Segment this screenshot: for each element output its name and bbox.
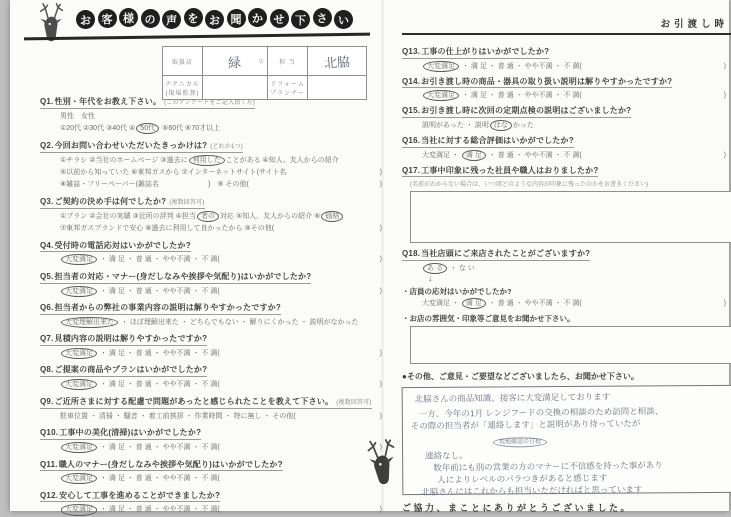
- handwritten-line: 北脇さんにはこれからも担当いただければと思っています: [421, 482, 727, 498]
- question-text: 今回お問い合わせいただいたきっかけは?: [55, 141, 208, 150]
- circled-answer: 大変満足: [61, 348, 97, 359]
- option-segment: ・ 普 通 ・ やや不満 ・ 不 満(: [487, 152, 582, 159]
- question-text: 見積内容の説明は解りやすかったですか?: [55, 334, 208, 343]
- question-number: Q2.: [40, 141, 54, 150]
- option-line: ①プラン ②会社の実績 ③近所の評判 ④担当者の対応 ⑤知人、友人からの紹介 ⑥…: [60, 212, 390, 221]
- option-segment: ⑤60代 ⑥70才以上: [160, 125, 220, 132]
- circled-answer: 大変満足: [61, 473, 97, 484]
- staff-value-handwritten: 北脇: [323, 51, 350, 72]
- option-text: 駐車位置 ・ 清掃 ・ 騒音 ・ 着工前挨拶 ・ 作業時間 ・ 特に無し ・ そ…: [60, 412, 296, 421]
- question-title: Q14.お引き渡し時の商品・器具の取り扱い説明は解りやすかったですか?: [402, 77, 672, 89]
- option-text: あ る ・ な い: [422, 264, 475, 273]
- handover-label: お引渡し時: [660, 19, 728, 30]
- technical-label: テクニカル (現場監督): [163, 76, 203, 100]
- question-note: (このアンケートをご記入頂く方): [164, 100, 255, 106]
- option-segment: ⑧雑誌・フリーペーパー(雑誌名 ) ⑨ その他(: [60, 181, 249, 188]
- survey-sheet: お客様の声をお聞かせ下さい 取扱店 緑 店 担 当 北脇 テクニカル (現場監督…: [10, 0, 729, 511]
- option-segment: ・ 満 足 ・ 普 通 ・ やや不満 ・ 不 満(: [460, 92, 582, 99]
- option-text: 大変満足 ・ 満 足 ・ 普 通 ・ やや不満 ・ 不 満(: [60, 443, 220, 452]
- question-note: (複数回答可): [169, 200, 204, 206]
- question-title: Q1.性別・年代をお教え下さい。(このアンケートをご記入頂く方): [40, 97, 255, 109]
- question-title: ・店員の応対はいかがでしたか?: [402, 287, 512, 296]
- option-line: 大変満足 ・ 満 足 ・ 普 通 ・ やや不満 ・ 不 満(): [60, 474, 390, 483]
- option-segment: 大変満足 ・: [422, 300, 461, 307]
- option-line: ⑦東邦ガスブランドで安心 ⑧過去に利用して良かったから ⑨その他(): [60, 224, 390, 233]
- question-Q12: Q12.安心して工事を進めることができましたか?大変満足 ・ 満 足 ・ 普 通…: [40, 491, 390, 515]
- question-Q3: Q3.ご契約の決め手は何でしたか?(複数回答可)①プラン ②会社の実績 ③近所の…: [40, 197, 390, 233]
- option-segment: ・ 満 足 ・ 普 通 ・ やや不満 ・ 不 満(: [98, 444, 220, 451]
- option-text: 大変満足 ・ 満 足 ・ 普 通 ・ やや不満 ・ 不 満(: [60, 287, 220, 296]
- technical-label-line2: (現場監督): [164, 88, 201, 97]
- option-text: ⑧雑誌・フリーペーパー(雑誌名 ) ⑨ その他(: [60, 180, 249, 189]
- option-text: ①20代 ②30代 ③40代 ④50代 ⑤60代 ⑥70才以上: [60, 124, 220, 133]
- answer-box: [410, 326, 731, 364]
- option-segment: ・ ほぼ理解出来た ・ どちらでもない ・ 解りにくかった ・ 説明がなかった: [119, 319, 359, 326]
- header-banner: お客様の声をお聞かせ下さい: [76, 9, 353, 28]
- option-text: 大変満足 ・ 満 足 ・ 普 通 ・ やや不満 ・ 不 満(: [422, 299, 582, 308]
- other-comments-label: ●その他、ご意見・ご要望などございましたら、お聞かせ下さい。: [402, 371, 731, 382]
- header-title-char: お: [205, 10, 224, 29]
- option-text: 大変満足 ・ 満 足 ・ 普 通 ・ やや不満 ・ 不 満(: [60, 474, 220, 483]
- question-title: Q17.工事中印象に残った社員や職人はおりましたか?: [402, 166, 598, 178]
- question-number: Q7.: [40, 334, 54, 343]
- header-title-char: 声: [162, 10, 181, 29]
- question-title: Q6.担当者からの弊社の事業内容の説明は解りやすかったですか?: [40, 303, 281, 315]
- option-segment: ・ 満 足 ・ 普 通 ・ やや不満 ・ 不 満(: [98, 475, 220, 482]
- option-line: ①チラシ ②当社のホームページ ③過去に利用したことがある ④知人、友人からの紹…: [60, 156, 390, 165]
- question-number: Q3.: [40, 197, 54, 206]
- question-text: 担当者からの弊社の事業内容の説明は解りやすかったですか?: [55, 303, 281, 312]
- option-text: 大変満足 ・ 満 足 ・ 普 通 ・ やや不満 ・ 不 満(: [60, 380, 220, 389]
- arrow-down-icon: ↓: [428, 274, 731, 283]
- question-text: ・店員の応対はいかがでしたか?: [402, 287, 512, 296]
- header-title-char: 聞: [227, 9, 246, 28]
- option-text: 大変理解出来た ・ ほぼ理解出来た ・ どちらでもない ・ 解りにくかった ・ …: [60, 318, 359, 327]
- question-Q17: Q17.工事中印象に残った社員や職人はおりましたか?(名前がわからない場合は、い…: [402, 166, 731, 244]
- option-line: 大変満足 ・ 満 足 ・ 普 通 ・ やや不満 ・ 不 満(): [60, 349, 390, 358]
- question-text: 安心して工事を進めることができましたか?: [59, 491, 220, 500]
- question-number: Q14.: [402, 77, 420, 86]
- question-text: ご契約の決め手は何でしたか?: [55, 197, 167, 206]
- staff-label: 担 当: [268, 47, 308, 76]
- question-Q2: Q2.今回お問い合わせいただいたきっかけは?(どれか1つ)①チラシ ②当社のホー…: [40, 141, 390, 189]
- option-line: 大変満足 ・ 満 足 ・ 普 通 ・ やや不満 ・ 不 満(): [60, 287, 390, 296]
- option-segment: ・ 満 足 ・ 普 通 ・ やや不満 ・ 不 満(: [460, 63, 582, 70]
- footer-thanks: ご協力、まことにありがとうございました。: [402, 501, 731, 514]
- circled-answer: 大変満足: [61, 286, 97, 297]
- question-number: Q11.: [40, 460, 58, 469]
- question-Q18: Q18.当社店頭にご来店されたことがございますか?あ る ・ な い↓・店員の応…: [402, 249, 731, 364]
- option-segment: ・ 普 通 ・ やや不満 ・ 不 満(: [487, 300, 582, 307]
- store-label: 取扱店: [163, 47, 203, 76]
- option-line: 駐車位置 ・ 清掃 ・ 騒音 ・ 着工前挨拶 ・ 作業時間 ・ 特に無し ・ そ…: [60, 412, 390, 421]
- option-segment: 対応 ⑤知人、友人からの紹介 ⑥: [220, 213, 320, 220]
- header-title-char: さ: [313, 8, 332, 27]
- option-text: 大変満足 ・ 満 足 ・ 普 通 ・ やや不満 ・ 不 満(: [422, 151, 582, 160]
- option-text: ①チラシ ②当社のホームページ ③過去に利用したことがある ④知人、友人からの紹…: [60, 156, 339, 165]
- option-segment: ・ 満 足 ・ 普 通 ・ やや不満 ・ 不 満(: [98, 506, 220, 513]
- staff-value-cell: 北脇: [308, 47, 367, 76]
- question-Q7: Q7.見積内容の説明は解りやすかったですか?大変満足 ・ 満 足 ・ 普 通 ・…: [40, 334, 390, 358]
- option-line: あ る ・ な い: [422, 264, 731, 273]
- close-paren: ): [724, 151, 731, 160]
- circled-answer: 大変満足: [61, 254, 97, 265]
- answer-box: [410, 191, 731, 243]
- question-text: お引き渡し時の商品・器具の取り扱い説明は解りやすかったですか?: [421, 77, 672, 86]
- question-title: ・お店の雰囲気・印象等ご意見をお聞かせ下さい。: [402, 314, 575, 323]
- question-note: (どれか1つ): [210, 144, 243, 150]
- option-text: 大変満足 ・ 満 足 ・ 普 通 ・ やや不満 ・ 不 満(: [422, 62, 582, 71]
- question-title: Q11.職人のマナー(身だしなみや挨拶や気配り)はいかがでしたか?: [40, 460, 283, 472]
- question-number: Q12.: [40, 491, 58, 500]
- option-line: 大変満足 ・ 満 足 ・ 普 通 ・ やや不満 ・ 不 満(): [422, 62, 731, 71]
- question-text: ・お店の雰囲気・印象等ご意見をお聞かせ下さい。: [402, 314, 575, 323]
- option-line: 説明があった ・ 説明はなかった: [422, 121, 731, 130]
- question-text: お引き渡し時に次回の定期点検の説明はございましたか?: [421, 106, 631, 115]
- option-segment: 男性 女性: [60, 113, 95, 120]
- header-underline: [24, 33, 370, 41]
- question-title: Q5.担当者の対応・マナー(身だしなみや挨拶や気配り)はいかがでしたか?: [40, 272, 311, 284]
- planner-label-line1: リフォーム: [269, 79, 306, 88]
- question-title: Q4.受付時の電話応対はいかがでしたか?: [40, 241, 191, 253]
- header-title-char: の: [141, 9, 160, 28]
- option-line: 大変満足 ・ 満 足 ・ 普 通 ・ やや不満 ・ 不 満(): [60, 443, 390, 452]
- question-number: Q13.: [402, 47, 420, 56]
- option-line: 大変満足 ・ 満 足 ・ 普 通 ・ やや不満 ・ 不 満(): [422, 299, 731, 308]
- option-segment: ・ 満 足 ・ 普 通 ・ やや不満 ・ 不 満(: [98, 350, 220, 357]
- option-line: ⑤以前から知っていた ⑥東邦ガスから ⑦インターネットサイト(サイト名): [60, 168, 390, 177]
- circled-answer: 大変満足: [61, 504, 97, 515]
- scanned-survey-screenshot: お客様の声をお聞かせ下さい 取扱店 緑 店 担 当 北脇 テクニカル (現場監督…: [0, 0, 731, 517]
- option-segment: ①チラシ ②当社のホームページ ③過去に: [60, 157, 188, 164]
- store-value-cell: 緑 店: [203, 47, 268, 76]
- option-segment: 大変満足 ・: [422, 152, 461, 159]
- circled-answer: 大変満足: [423, 61, 459, 72]
- question-Q16: Q16.当社に対する総合評価はいかがでしたか?大変満足 ・ 満 足 ・ 普 通 …: [402, 136, 731, 160]
- option-text: 説明があった ・ 説明はなかった: [422, 121, 534, 130]
- question-Q9: Q9.ご近所さまに対する配慮で問題があったと感じられたことを教えて下さい。(複数…: [40, 397, 390, 421]
- question-text: 工事の仕上がりはいかがでしたか?: [421, 47, 549, 56]
- technical-label-line1: テクニカル: [164, 79, 201, 88]
- option-segment: ⑤以前から知っていた ⑥東邦ガスから ⑦インターネットサイト(サイト名: [60, 169, 286, 176]
- handwritten-line: 北脇さんの商品知識、接客に大変満足しております: [415, 389, 727, 405]
- question-title: Q9.ご近所さまに対する配慮で問題があったと感じられたことを教えて下さい。(複数…: [40, 397, 372, 409]
- question-Q13: Q13.工事の仕上がりはいかがでしたか?大変満足 ・ 満 足 ・ 普 通 ・ や…: [402, 47, 731, 71]
- header-title-char: お: [76, 10, 95, 29]
- question-text: 工事中印象に残った社員や職人はおりましたか?: [421, 166, 598, 175]
- header-title-char: 様: [119, 8, 138, 27]
- question-sub: ・店員の応対はいかがでしたか?大変満足 ・ 満 足 ・ 普 通 ・ やや不満 ・…: [402, 287, 731, 308]
- store-value-handwritten: 緑: [228, 51, 242, 71]
- option-segment: ・ な い: [448, 265, 475, 272]
- circled-answer: 大変理解出来た: [61, 317, 118, 328]
- question-title: Q3.ご契約の決め手は何でしたか?(複数回答可): [40, 197, 205, 209]
- circled-answer: 価格: [321, 211, 343, 222]
- option-text: 大変満足 ・ 満 足 ・ 普 通 ・ やや不満 ・ 不 満(: [60, 255, 220, 264]
- option-segment: ・ 満 足 ・ 普 通 ・ やや不満 ・ 不 満(: [98, 381, 220, 388]
- question-title: Q15.お引き渡し時に次回の定期点検の説明はございましたか?: [402, 106, 631, 118]
- question-text: 工事中の美化(清掃)はいかがでしたか?: [59, 428, 201, 437]
- question-title: Q2.今回お問い合わせいただいたきっかけは?(どれか1つ): [40, 141, 243, 153]
- question-number: Q6.: [40, 303, 54, 312]
- option-line: 大変満足 ・ 満 足 ・ 普 通 ・ やや不満 ・ 不 満(): [60, 380, 390, 389]
- option-text: ⑦東邦ガスブランドで安心 ⑧過去に利用して良かったから ⑨その他(: [60, 224, 274, 233]
- option-text: ①プラン ②会社の実績 ③近所の評判 ④担当者の対応 ⑤知人、友人からの紹介 ⑥…: [60, 212, 344, 221]
- option-line: 大変満足 ・ 満 足 ・ 普 通 ・ やや不満 ・ 不 満(): [422, 91, 731, 100]
- question-Q14: Q14.お引き渡し時の商品・器具の取り扱い説明は解りやすかったですか?大変満足 …: [402, 77, 731, 101]
- option-segment: ・ 満 足 ・ 普 通 ・ やや不満 ・ 不 満(: [98, 288, 220, 295]
- question-text: ご提案の商品やプランはいかがでしたか?: [55, 365, 208, 374]
- option-line: ①20代 ②30代 ③40代 ④50代 ⑤60代 ⑥70才以上: [60, 124, 390, 133]
- question-title: Q7.見積内容の説明は解りやすかったですか?: [40, 334, 207, 346]
- option-segment: かった: [513, 122, 534, 129]
- question-number: Q15.: [402, 106, 420, 115]
- option-text: ⑤以前から知っていた ⑥東邦ガスから ⑦インターネットサイト(サイト名: [60, 168, 286, 177]
- header-title-char: か: [248, 8, 267, 27]
- option-segment: 駐車位置 ・ 清掃 ・ 騒音 ・ 着工前挨拶 ・ 作業時間 ・ 特に無し ・ そ…: [60, 413, 296, 420]
- question-text: 性別・年代をお教え下さい。: [55, 97, 162, 106]
- planner-label: リフォーム プランナー: [268, 76, 308, 100]
- close-paren: ): [724, 91, 731, 100]
- option-text: 男性 女性: [60, 112, 95, 121]
- handover-questions: Q13.工事の仕上がりはいかがでしたか?大変満足 ・ 満 足 ・ 普 通 ・ や…: [402, 47, 731, 364]
- close-paren: ): [724, 299, 731, 308]
- question-title: Q10.工事中の美化(清掃)はいかがでしたか?: [40, 428, 201, 440]
- circled-answer: 50代: [136, 123, 159, 134]
- question-title: Q16.当社に対する総合評価はいかがでしたか?: [402, 136, 574, 148]
- store-staff-table: 取扱店 緑 店 担 当 北脇 テクニカル (現場監督) リフォーム プラ: [162, 46, 367, 100]
- question-number: Q16.: [402, 136, 420, 145]
- option-line: ⑧雑誌・フリーペーパー(雑誌名 ) ⑨ その他(): [60, 180, 390, 189]
- question-number: Q1.: [40, 97, 54, 106]
- circled-answer: はな: [490, 120, 512, 131]
- header-title-char: い: [334, 10, 353, 29]
- option-text: 大変満足 ・ 満 足 ・ 普 通 ・ やや不満 ・ 不 満(: [422, 91, 582, 100]
- header-title-char: 下: [291, 10, 310, 29]
- question-number: Q9.: [40, 397, 54, 406]
- handwritten-annotation: 現地確認の日程: [493, 437, 547, 447]
- handwritten-comment-box: 北脇さんの商品知識、接客に大変満足しております一方、今年の1月 レンジフードの交…: [402, 385, 731, 495]
- question-Q6: Q6.担当者からの弊社の事業内容の説明は解りやすかったですか?大変理解出来た ・…: [40, 303, 390, 327]
- planner-value-cell: [308, 76, 367, 100]
- question-text: 職人のマナー(身だしなみや挨拶や気配り)はいかがでしたか?: [59, 460, 283, 469]
- option-text: 大変満足 ・ 満 足 ・ 普 通 ・ やや不満 ・ 不 満(: [60, 505, 220, 514]
- question-Q11: Q11.職人のマナー(身だしなみや挨拶や気配り)はいかがでしたか?大変満足 ・ …: [40, 460, 390, 484]
- circled-answer: 大変満足: [61, 379, 97, 390]
- question-number: Q4.: [40, 241, 54, 250]
- circled-answer: 大変満足: [423, 90, 459, 101]
- question-Q1: Q1.性別・年代をお教え下さい。(このアンケートをご記入頂く方)男性 女性①20…: [40, 97, 390, 133]
- question-sub: ・お店の雰囲気・印象等ご意見をお聞かせ下さい。: [402, 314, 731, 364]
- option-segment: ①プラン ②会社の実績 ③近所の評判 ④担当: [60, 213, 196, 220]
- option-segment: 説明があった ・ 説明: [422, 122, 489, 129]
- option-line: 大変満足 ・ 満 足 ・ 普 通 ・ やや不満 ・ 不 満(): [60, 505, 390, 514]
- header-title-char: せ: [270, 9, 289, 28]
- circled-answer: 大変満足: [61, 442, 97, 453]
- questions-column-right: お引渡し時 Q13.工事の仕上がりはいかがでしたか?大変満足 ・ 満 足 ・ 普…: [402, 14, 731, 514]
- question-number: Q5.: [40, 272, 54, 281]
- question-title: Q13.工事の仕上がりはいかがでしたか?: [402, 47, 549, 59]
- option-segment: ①20代 ②30代 ③40代 ④: [60, 125, 135, 132]
- option-segment: ⑦東邦ガスブランドで安心 ⑧過去に利用して良かったから ⑨その他(: [60, 225, 274, 232]
- page-fold: [381, 0, 384, 511]
- header-title-char: 客: [98, 9, 117, 28]
- question-Q15: Q15.お引き渡し時に次回の定期点検の説明はございましたか?説明があった ・ 説…: [402, 106, 731, 130]
- question-text: 当社店頭にご来店されたことがございますか?: [421, 249, 590, 258]
- question-Q10: Q10.工事中の美化(清掃)はいかがでしたか?大変満足 ・ 満 足 ・ 普 通 …: [40, 428, 390, 452]
- option-text: 大変満足 ・ 満 足 ・ 普 通 ・ やや不満 ・ 不 満(: [60, 349, 220, 358]
- question-number: Q17.: [402, 166, 420, 175]
- handover-section-header: お引渡し時: [402, 14, 731, 35]
- question-title: Q8.ご提案の商品やプランはいかがでしたか?: [40, 365, 207, 377]
- question-Q4: Q4.受付時の電話応対はいかがでしたか?大変満足 ・ 満 足 ・ 普 通 ・ や…: [40, 241, 390, 265]
- question-Q8: Q8.ご提案の商品やプランはいかがでしたか?大変満足 ・ 満 足 ・ 普 通 ・…: [40, 365, 390, 389]
- close-paren: ): [724, 62, 731, 71]
- question-number: Q10.: [40, 428, 58, 437]
- circled-answer: あ る: [423, 263, 447, 274]
- header-title-char: を: [184, 8, 203, 27]
- question-note: (複数回答可): [336, 400, 371, 406]
- question-title: Q12.安心して工事を進めることができましたか?: [40, 491, 220, 503]
- question-number: Q8.: [40, 365, 54, 374]
- question-text: 受付時の電話応対はいかがでしたか?: [55, 241, 191, 250]
- question-text: 担当者の対応・マナー(身だしなみや挨拶や気配り)はいかがでしたか?: [55, 272, 312, 281]
- question-title: Q18.当社店頭にご来店されたことがございますか?: [402, 249, 590, 261]
- option-line: 大変満足 ・ 満 足 ・ 普 通 ・ やや不満 ・ 不 満(): [422, 151, 731, 160]
- question-text: 当社に対する総合評価はいかがでしたか?: [421, 136, 574, 145]
- question-text: ご近所さまに対する配慮で問題があったと感じられたことを教えて下さい。: [55, 397, 334, 406]
- circled-answer: 者の: [197, 211, 219, 222]
- planner-label-line2: プランナー: [269, 88, 306, 97]
- option-line: 大変理解出来た ・ ほぼ理解出来た ・ どちらでもない ・ 解りにくかった ・ …: [60, 318, 390, 327]
- questions-column-left: Q1.性別・年代をお教え下さい。(このアンケートをご記入頂く方)男性 女性①20…: [40, 97, 390, 517]
- question-number: Q18.: [402, 249, 420, 258]
- question-hint: (名前がわからない場合は、いつ頃どのような内容が印象に残ったのかをお書きください…: [410, 179, 731, 188]
- option-segment: ことがある ④知人、友人からの紹介: [226, 157, 339, 164]
- circled-answer: 利用した: [189, 155, 225, 166]
- question-Q5: Q5.担当者の対応・マナー(身だしなみや挨拶や気配り)はいかがでしたか?大変満足…: [40, 272, 390, 296]
- option-line: 男性 女性: [60, 112, 390, 121]
- store-suffix: 店: [258, 57, 264, 65]
- option-segment: ・ 満 足 ・ 普 通 ・ やや不満 ・ 不 満(: [98, 256, 220, 263]
- circled-answer: 満 足: [462, 150, 486, 161]
- technical-value-cell: [203, 76, 268, 100]
- option-line: 大変満足 ・ 満 足 ・ 普 通 ・ やや不満 ・ 不 満(): [60, 255, 390, 264]
- circled-answer: 満 足: [462, 298, 486, 309]
